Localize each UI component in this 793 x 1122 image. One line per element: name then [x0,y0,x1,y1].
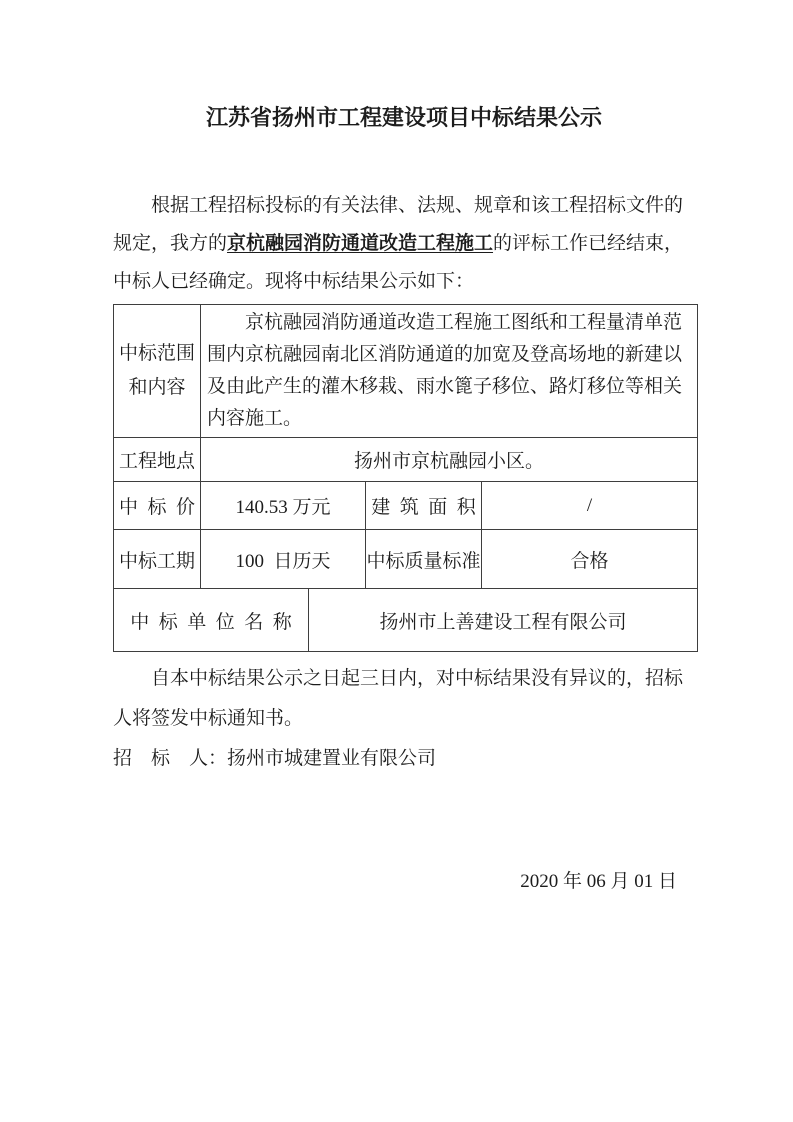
intro-line-2-before: 规定，我方的 [113,233,227,254]
scope-content-line: 及由此产生的灌木移栽、雨水篦子移位、路灯移位等相关 [207,371,682,403]
project-name-emphasis: 京杭融园消防通道改造工程施工 [227,233,493,254]
table-row-winner: 中 标 单 位 名 称 扬州市上善建设工程有限公司 [114,588,697,651]
table-row-location: 工程地点 扬州市京杭融园小区。 [114,437,697,481]
scope-content-cell: 京杭融园消防通道改造工程施工图纸和工程量清单范 围内京杭融园南北区消防通道的加宽… [200,305,697,437]
announcement-document: 江苏省扬州市工程建设项目中标结果公示 根据工程招标投标的有关法律、法规、规章和该… [0,0,793,1122]
area-value-cell: / [481,482,697,529]
price-value-cell: 140.53 万元 [200,482,365,529]
duration-label-cell: 中标工期 [114,530,200,588]
intro-line-2-after: 的评标工作已经结束， [493,233,683,254]
location-label-cell: 工程地点 [114,438,200,481]
quality-value-cell: 合格 [481,530,697,588]
winner-label-cell: 中 标 单 位 名 称 [114,589,308,651]
table-row-price: 中 标 价 140.53 万元 建 筑 面 积 / [114,481,697,529]
announcement-date: 2020 年 06 月 01 日 [113,862,695,902]
scope-label-line-2: 和内容 [128,371,185,405]
area-label-cell: 建 筑 面 积 [365,482,481,529]
closing-paragraph: 自本中标结果公示之日起三日内，对中标结果没有异议的，招标 人将签发中标通知书。 … [113,659,695,779]
winner-value-cell: 扬州市上善建设工程有限公司 [308,589,697,651]
closing-line-1: 自本中标结果公示之日起三日内，对中标结果没有异议的，招标 [113,659,695,699]
scope-label-cell: 中标范围 和内容 [114,305,200,437]
intro-line-3: 中标人已经确定。现将中标结果公示如下： [113,263,695,301]
quality-label-cell: 中标质量标准 [365,530,481,588]
intro-line-2: 规定，我方的京杭融园消防通道改造工程施工的评标工作已经结束， [113,225,695,263]
closing-line-2: 人将签发中标通知书。 [113,699,695,739]
scope-content-line: 京杭融园消防通道改造工程施工图纸和工程量清单范 [207,307,682,339]
table-row-duration: 中标工期 100 日历天 中标质量标准 合格 [114,529,697,588]
tenderer-line: 招 标 人：扬州市城建置业有限公司 [113,739,695,779]
scope-content-line: 围内京杭融园南北区消防通道的加宽及登高场地的新建以 [207,339,682,371]
table-row-scope: 中标范围 和内容 京杭融园消防通道改造工程施工图纸和工程量清单范 围内京杭融园南… [114,305,697,437]
scope-content-line: 内容施工。 [207,403,302,435]
duration-value-cell: 100 日历天 [200,530,365,588]
intro-line-1: 根据工程招标投标的有关法律、法规、规章和该工程招标文件的 [113,187,695,225]
location-value-cell: 扬州市京杭融园小区。 [200,438,697,481]
bid-result-table: 中标范围 和内容 京杭融园消防通道改造工程施工图纸和工程量清单范 围内京杭融园南… [113,304,698,652]
document-title: 江苏省扬州市工程建设项目中标结果公示 [113,103,695,133]
intro-paragraph: 根据工程招标投标的有关法律、法规、规章和该工程招标文件的 规定，我方的京杭融园消… [113,187,695,301]
scope-label-line-1: 中标范围 [119,337,195,371]
price-label-cell: 中 标 价 [114,482,200,529]
